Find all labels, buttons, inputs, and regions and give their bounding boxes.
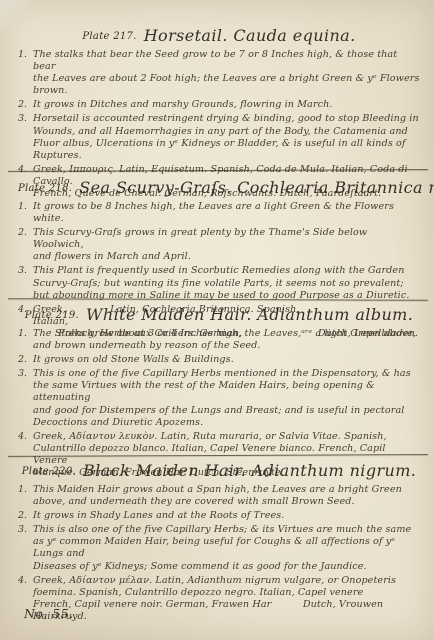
item-number: 1. [18,201,33,225]
item-text: This Plant is frequently used in Scorbut… [33,265,420,301]
plate-label: Plate 217. [82,31,136,42]
item-text: Horsetail is accounted restringent dryin… [33,113,420,161]
section-horsetail: Plate 217.Horsetail. Cauda equina. 1. Th… [18,26,420,202]
item-text: This is one of the five Capillary Herbs … [33,368,420,428]
section-heading: Plate 219.White Maiden Hair. Adianthum a… [18,305,420,324]
item-text: The stalks that bear the Seed grow to be… [33,49,420,97]
item-number: 3. [18,113,33,161]
list-item: 3. Horsetail is accounted restringent dr… [18,113,420,161]
item-text: Greek, Αδίαντον μέλαν. Latin, Adianthum … [33,575,420,623]
list-item: 2. It grows in Shady Lanes and at the Ro… [18,510,420,522]
item-number: 1. [18,484,33,508]
item-text: It grows on old Stone Walls & Buildings. [33,354,420,366]
page-number: No. 55. [24,606,74,621]
document-page: Plate 217.Horsetail. Cauda equina. 1. Th… [0,0,434,640]
item-number: 3. [18,265,33,301]
item-number: 2. [18,227,33,263]
list-item: 3. This Plant is frequently used in Scor… [18,265,420,301]
item-text: It grows to be 8 Inches high, the Leaves… [33,201,420,225]
section-title: Sea Scurvy-Graſs. Cochlearia Britannica … [79,178,434,197]
list-item: 3. This is also one of the five Capillar… [18,524,420,572]
item-number: 2. [18,99,33,111]
item-number: 1. [18,49,33,97]
item-text: This is also one of the five Capillary H… [33,524,420,572]
item-number: 3. [18,524,33,572]
list-item: 1. This Maiden Hair grows about a Span h… [18,484,420,508]
section-heading: Plate 220.Black Maiden Hair. Adianthum n… [18,461,420,480]
list-item: 2. This Scurvy-Graſs grows in great plen… [18,227,420,263]
section-title: Horsetail. Cauda equina. [144,26,356,45]
list-item: 1. The stalks that bear the Seed grow to… [18,49,420,97]
list-item: 3. This is one of the five Capillary Her… [18,368,420,428]
item-text: The Stalks grow about 3 or 4 Inches high… [33,328,420,352]
item-number: 2. [18,354,33,366]
section-heading: Plate 218.Sea Scurvy-Graſs. Cochlearia B… [18,178,420,197]
item-text: This Maiden Hair grows about a Span high… [33,484,420,508]
item-text: This Scurvy-Graſs grows in great plenty … [33,227,420,263]
section-black-maiden-hair: Plate 220.Black Maiden Hair. Adianthum n… [18,461,420,625]
section-title: Black Maiden Hair. Adianthum nigrum. [83,461,416,480]
list-item: 2. It grows in Ditches and marshy Ground… [18,99,420,111]
list-item: 2. It grows on old Stone Walls & Buildin… [18,354,420,366]
section-title: White Maiden Hair. Adianthum album. [86,305,413,324]
item-text: It grows in Shady Lanes and at the Roots… [33,510,420,522]
plate-label: Plate 218. [18,183,72,194]
numbered-list: 1. This Maiden Hair grows about a Span h… [18,484,420,623]
list-item: 1. It grows to be 8 Inches high, the Lea… [18,201,420,225]
plate-label: Plate 220. [22,466,76,477]
list-item: 4. Greek, Αδίαντον μέλαν. Latin, Adianth… [18,575,420,623]
item-number: 3. [18,368,33,428]
item-text: It grows in Ditches and marshy Grounds, … [33,99,420,111]
item-number: 1. [18,328,33,352]
plate-label: Plate 219. [25,310,79,321]
section-heading: Plate 217.Horsetail. Cauda equina. [18,26,420,45]
list-item: 1. The Stalks grow about 3 or 4 Inches h… [18,328,420,352]
item-number: 2. [18,510,33,522]
